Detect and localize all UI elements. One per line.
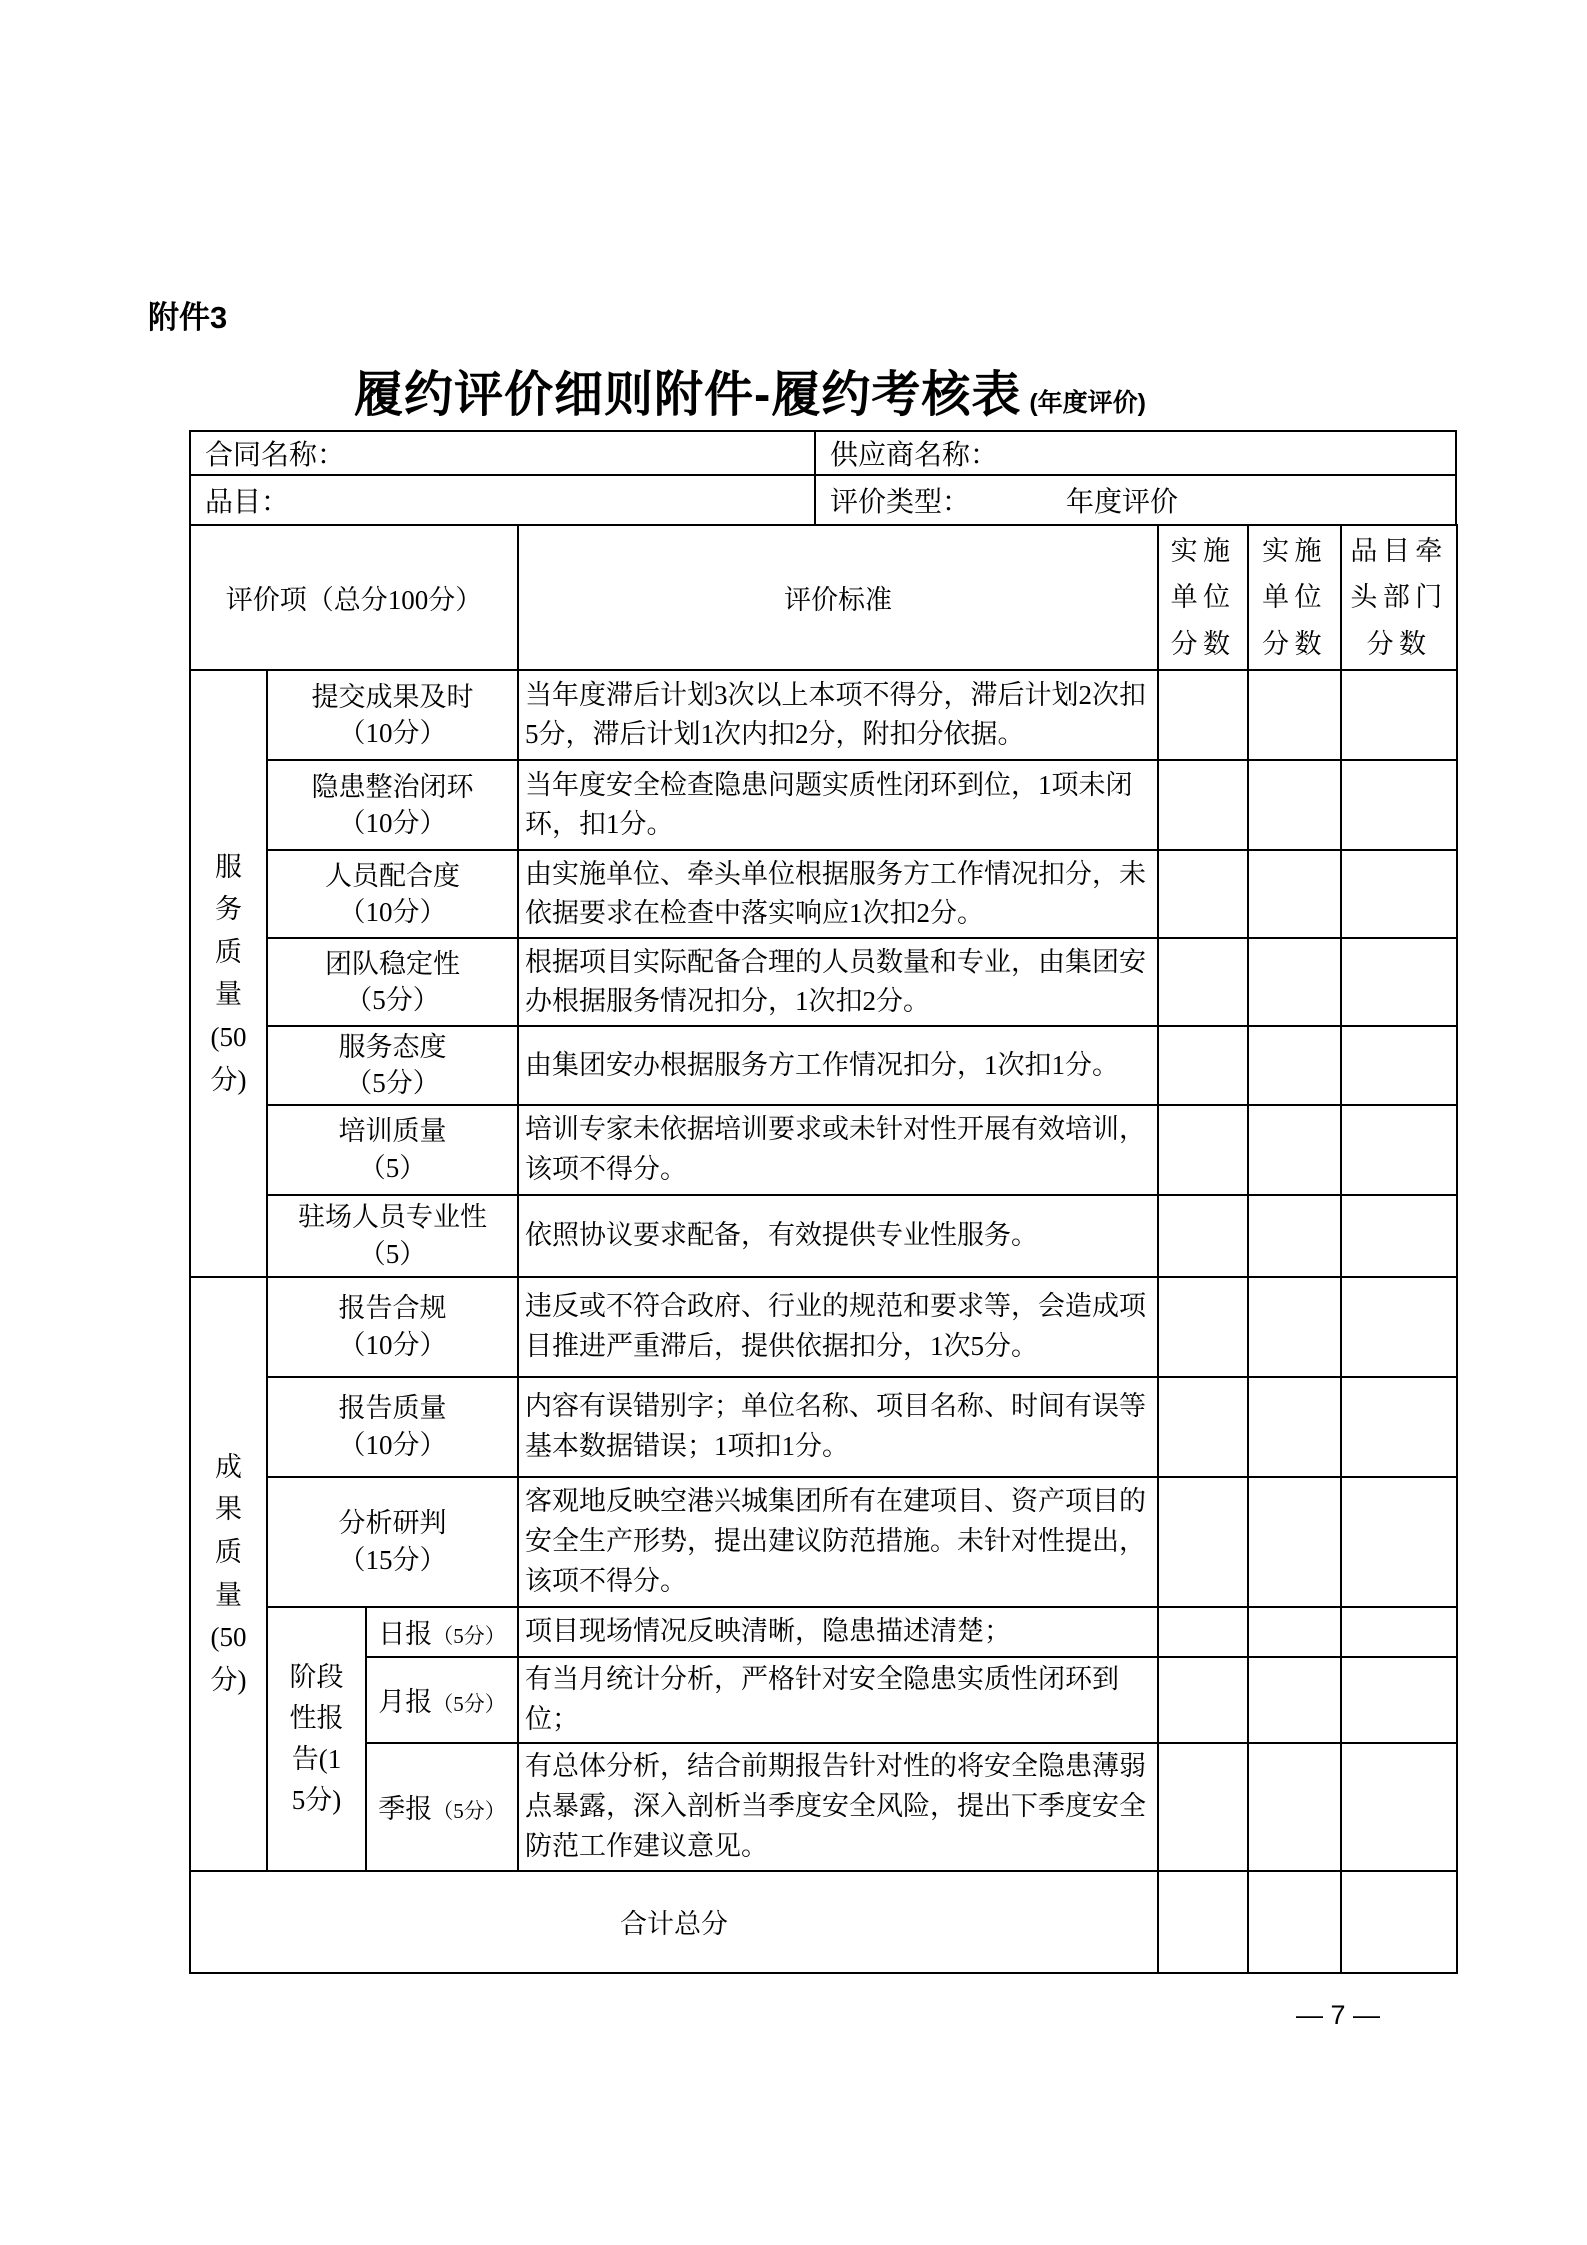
score-cell: [1158, 850, 1248, 938]
supplier-name-cell: 供应商名称：: [814, 432, 1455, 474]
group-stage-report: 阶段性报告(15分): [267, 1607, 366, 1871]
item-name: 提交成果及时: [312, 682, 474, 712]
item-cell: 报告合规 （10分）: [267, 1277, 518, 1377]
table-row: 培训质量 （5） 培训专家未依据培训要求或未针对性开展有效培训，该项不得分。: [190, 1105, 1457, 1195]
item-score: （5分）: [432, 1624, 506, 1648]
attachment-label: 附件3: [148, 292, 227, 337]
criteria-cell: 项目现场情况反映清晰，隐患描述清楚；: [518, 1607, 1158, 1657]
group-label: 服务质量(50分): [209, 846, 249, 1102]
score-cell: [1341, 670, 1457, 760]
score-cell: [1158, 1743, 1248, 1871]
group-label: 阶段性报告(15分): [288, 1657, 346, 1821]
criteria-cell: 培训专家未依据培训要求或未针对性开展有效培训，该项不得分。: [518, 1105, 1158, 1195]
item-score: （10分）: [274, 805, 511, 841]
score-cell: [1248, 1743, 1341, 1871]
score-cell: [1248, 1105, 1341, 1195]
item-cell: 日报（5分）: [366, 1607, 518, 1657]
score-cell: [1248, 760, 1341, 850]
criteria-cell: 由实施单位、牵头单位根据服务方工作情况扣分，未依据要求在检查中落实响应1次扣2分…: [518, 850, 1158, 938]
criteria-cell: 客观地反映空港兴城集团所有在建项目、资产项目的安全生产形势，提出建议防范措施。未…: [518, 1477, 1158, 1607]
eval-type-value: 年度评价: [1066, 480, 1178, 520]
score-cell: [1248, 1277, 1341, 1377]
score-cell: [1248, 850, 1341, 938]
score-cell: [1248, 1657, 1341, 1743]
score-cell: [1158, 1026, 1248, 1104]
document-page: 附件3 履约评价细则附件-履约考核表(年度评价) 合同名称： 供应商名称： 品目…: [0, 0, 1587, 2245]
header-impl-unit-score-2: 实施单位分数: [1248, 525, 1341, 670]
score-cell: [1158, 1377, 1248, 1477]
criteria-cell: 由集团安办根据服务方工作情况扣分，1次扣1分。: [518, 1026, 1158, 1104]
header-eval-criteria: 评价标准: [518, 525, 1158, 670]
total-label-cell: 合计总分: [190, 1871, 1158, 1973]
item-score: （5）: [274, 1150, 511, 1186]
criteria-cell: 当年度安全检查隐患问题实质性闭环到位，1项未闭环，扣1分。: [518, 760, 1158, 850]
eval-type-cell: 评价类型： 年度评价: [814, 476, 1455, 524]
total-score-cell: [1158, 1871, 1248, 1973]
score-cell: [1158, 1105, 1248, 1195]
item-score: （5分）: [274, 1065, 511, 1101]
score-cell: [1341, 1195, 1457, 1277]
score-cell: [1248, 1026, 1341, 1104]
total-score-cell: [1248, 1871, 1341, 1973]
item-name: 报告质量: [339, 1393, 447, 1423]
score-cell: [1158, 1607, 1248, 1657]
score-cell: [1248, 1377, 1341, 1477]
score-cell: [1341, 850, 1457, 938]
score-grid: 评价项（总分100分） 评价标准 实施单位分数 实施单位分数 品目牵头部门分数 …: [189, 524, 1458, 1974]
assessment-table: 合同名称： 供应商名称： 品目： 评价类型： 年度评价 评价项（总分100分） …: [189, 430, 1457, 1974]
score-cell: [1341, 1105, 1457, 1195]
page-number: — 7 —: [1296, 2000, 1380, 2031]
table-row: 人员配合度 （10分） 由实施单位、牵头单位根据服务方工作情况扣分，未依据要求在…: [190, 850, 1457, 938]
item-category-cell: 品目：: [191, 476, 814, 524]
score-cell: [1341, 1477, 1457, 1607]
score-cell: [1341, 1277, 1457, 1377]
item-score: （10分）: [274, 894, 511, 930]
total-row: 合计总分: [190, 1871, 1457, 1973]
item-score: （5分）: [432, 1799, 506, 1823]
item-cell: 月报（5分）: [366, 1657, 518, 1743]
table-row: 服务质量(50分) 提交成果及时 （10分） 当年度滞后计划3次以上本项不得分，…: [190, 670, 1457, 760]
item-cell: 服务态度 （5分）: [267, 1026, 518, 1104]
group-label: 成果质量(50分): [209, 1446, 249, 1702]
item-cell: 提交成果及时 （10分）: [267, 670, 518, 760]
score-cell: [1341, 938, 1457, 1026]
criteria-cell: 内容有误错别字；单位名称、项目名称、时间有误等基本数据错误；1项扣1分。: [518, 1377, 1158, 1477]
item-name: 月报: [378, 1687, 432, 1717]
score-cell: [1248, 938, 1341, 1026]
score-cell: [1248, 1195, 1341, 1277]
title-suffix: (年度评价): [1029, 389, 1146, 417]
score-cell: [1341, 1657, 1457, 1743]
eval-type-label: 评价类型：: [830, 480, 970, 520]
contract-name-cell: 合同名称：: [191, 432, 814, 474]
group-result-quality: 成果质量(50分): [190, 1277, 267, 1871]
item-name: 团队稳定性: [325, 949, 460, 979]
table-row: 季报（5分） 有总体分析，结合前期报告针对性的将安全隐患薄弱点暴露，深入剖析当季…: [190, 1743, 1457, 1871]
table-row: 报告质量 （10分） 内容有误错别字；单位名称、项目名称、时间有误等基本数据错误…: [190, 1377, 1457, 1477]
item-name: 报告合规: [339, 1293, 447, 1323]
criteria-cell: 根据项目实际配备合理的人员数量和专业，由集团安办根据服务情况扣分，1次扣2分。: [518, 938, 1158, 1026]
item-name: 分析研判: [339, 1508, 447, 1538]
score-cell: [1158, 1477, 1248, 1607]
info-row-item: 品目： 评价类型： 年度评价: [189, 474, 1457, 524]
item-score: （10分）: [274, 1427, 511, 1463]
item-cell: 隐患整治闭环 （10分）: [267, 760, 518, 850]
criteria-cell: 依照协议要求配备，有效提供专业性服务。: [518, 1195, 1158, 1277]
info-row-contract: 合同名称： 供应商名称：: [189, 430, 1457, 474]
table-row: 阶段性报告(15分) 日报（5分） 项目现场情况反映清晰，隐患描述清楚；: [190, 1607, 1457, 1657]
item-cell: 季报（5分）: [366, 1743, 518, 1871]
table-row: 分析研判 （15分） 客观地反映空港兴城集团所有在建项目、资产项目的安全生产形势…: [190, 1477, 1457, 1607]
item-cell: 报告质量 （10分）: [267, 1377, 518, 1477]
document-title: 履约评价细则附件-履约考核表(年度评价): [180, 356, 1320, 426]
table-row: 驻场人员专业性 （5） 依照协议要求配备，有效提供专业性服务。: [190, 1195, 1457, 1277]
score-cell: [1158, 1277, 1248, 1377]
group-service-quality: 服务质量(50分): [190, 670, 267, 1276]
criteria-cell: 违反或不符合政府、行业的规范和要求等，会造成项目推进严重滞后，提供依据扣分，1次…: [518, 1277, 1158, 1377]
item-cell: 人员配合度 （10分）: [267, 850, 518, 938]
item-name: 隐患整治闭环: [312, 772, 474, 802]
score-cell: [1341, 760, 1457, 850]
table-row: 月报（5分） 有当月统计分析，严格针对安全隐患实质性闭环到位；: [190, 1657, 1457, 1743]
score-cell: [1158, 1657, 1248, 1743]
score-cell: [1341, 1607, 1457, 1657]
criteria-cell: 有当月统计分析，严格针对安全隐患实质性闭环到位；: [518, 1657, 1158, 1743]
table-row: 成果质量(50分) 报告合规 （10分） 违反或不符合政府、行业的规范和要求等，…: [190, 1277, 1457, 1377]
score-cell: [1248, 670, 1341, 760]
header-impl-unit-score-1: 实施单位分数: [1158, 525, 1248, 670]
item-cell: 驻场人员专业性 （5）: [267, 1195, 518, 1277]
item-score: （5分）: [432, 1692, 506, 1716]
score-cell: [1158, 1195, 1248, 1277]
score-cell: [1158, 760, 1248, 850]
item-cell: 培训质量 （5）: [267, 1105, 518, 1195]
score-cell: [1158, 938, 1248, 1026]
score-cell: [1158, 670, 1248, 760]
item-score: （5）: [274, 1236, 511, 1272]
item-name: 季报: [378, 1794, 432, 1824]
item-name: 日报: [378, 1619, 432, 1649]
total-score-cell: [1341, 1871, 1457, 1973]
criteria-cell: 有总体分析，结合前期报告针对性的将安全隐患薄弱点暴露，深入剖析当季度安全风险，提…: [518, 1743, 1158, 1871]
table-header-row: 评价项（总分100分） 评价标准 实施单位分数 实施单位分数 品目牵头部门分数: [190, 525, 1457, 670]
item-cell: 团队稳定性 （5分）: [267, 938, 518, 1026]
criteria-cell: 当年度滞后计划3次以上本项不得分，滞后计划2次扣5分，滞后计划1次内扣2分，附扣…: [518, 670, 1158, 760]
table-row: 团队稳定性 （5分） 根据项目实际配备合理的人员数量和专业，由集团安办根据服务情…: [190, 938, 1457, 1026]
item-name: 服务态度: [339, 1032, 447, 1062]
item-score: （10分）: [274, 715, 511, 751]
item-cell: 分析研判 （15分）: [267, 1477, 518, 1607]
header-lead-dept-score: 品目牵头部门分数: [1341, 525, 1457, 670]
item-score: （5分）: [274, 982, 511, 1018]
score-cell: [1341, 1026, 1457, 1104]
header-eval-item: 评价项（总分100分）: [190, 525, 518, 670]
score-cell: [1248, 1477, 1341, 1607]
item-score: （10分）: [274, 1327, 511, 1363]
item-name: 培训质量: [339, 1116, 447, 1146]
table-row: 服务态度 （5分） 由集团安办根据服务方工作情况扣分，1次扣1分。: [190, 1026, 1457, 1104]
score-cell: [1341, 1377, 1457, 1477]
score-cell: [1341, 1743, 1457, 1871]
item-score: （15分）: [274, 1542, 511, 1578]
table-row: 隐患整治闭环 （10分） 当年度安全检查隐患问题实质性闭环到位，1项未闭环，扣1…: [190, 760, 1457, 850]
item-name: 驻场人员专业性: [298, 1202, 487, 1232]
score-cell: [1248, 1607, 1341, 1657]
title-text: 履约评价细则附件-履约考核表: [354, 368, 1021, 422]
item-name: 人员配合度: [325, 861, 460, 891]
